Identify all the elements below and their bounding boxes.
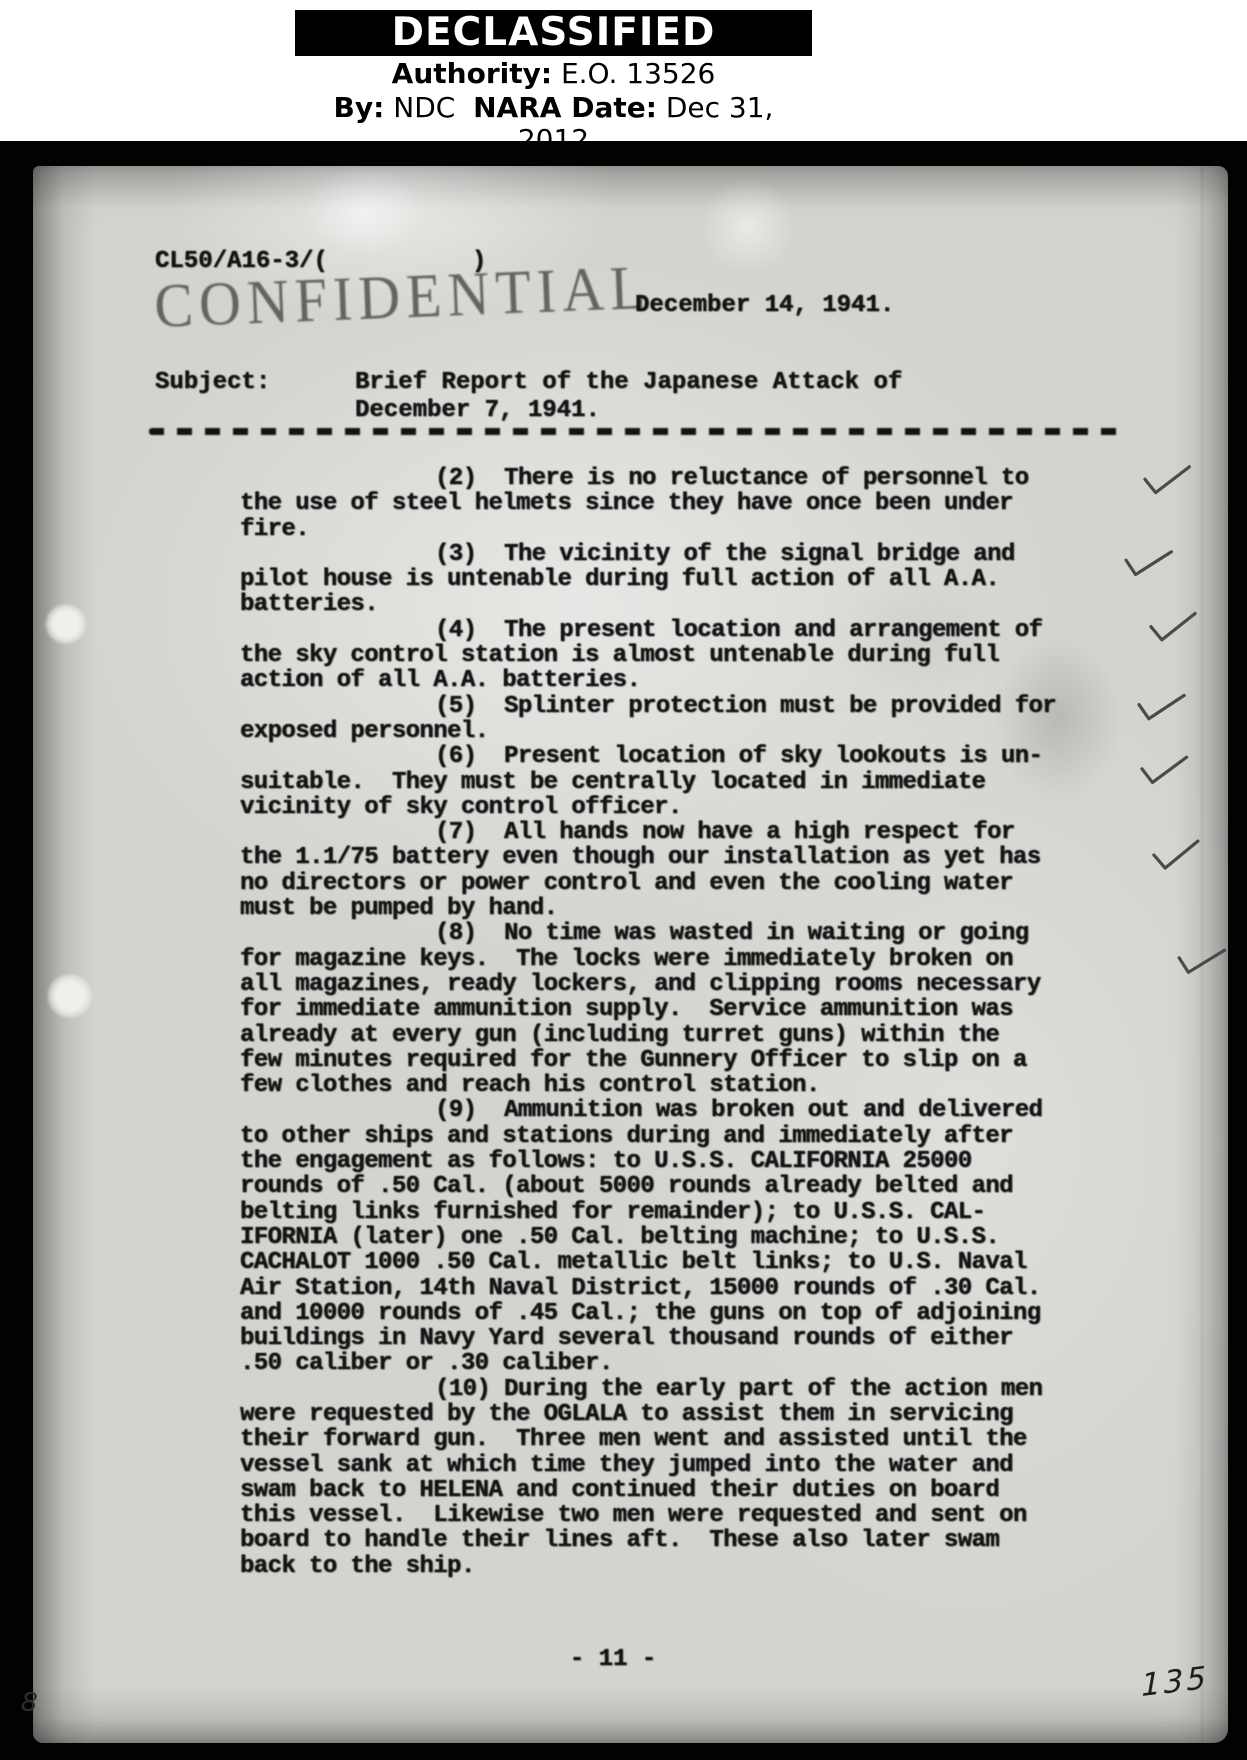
body-line: this vessel. Likewise two men were reque… xyxy=(240,1503,1140,1528)
body-line: fire. xyxy=(240,517,1140,542)
body-line: few clothes and reach his control statio… xyxy=(240,1073,1140,1098)
checkmark-icon xyxy=(1147,608,1201,646)
body-line: (5) Splinter protection must be provided… xyxy=(240,694,1140,719)
body-line: and 10000 rounds of .45 Cal.; the guns o… xyxy=(240,1301,1140,1326)
handwritten-corner-mark: 8 xyxy=(20,1687,39,1718)
separator-dashed-line xyxy=(149,428,1129,435)
body-line: (2) There is no reluctance of personnel … xyxy=(240,466,1140,491)
body-line: were requested by the OGLALA to assist t… xyxy=(240,1402,1140,1427)
checkmark-icon xyxy=(1175,943,1229,980)
body-line: CACHALOT 1000 .50 Cal. metallic belt lin… xyxy=(240,1250,1140,1275)
body-line: Air Station, 14th Naval District, 15000 … xyxy=(240,1276,1140,1301)
body-line: action of all A.A. batteries. xyxy=(240,668,1140,693)
body-line: .50 caliber or .30 caliber. xyxy=(240,1351,1140,1376)
body-line: (6) Present location of sky lookouts is … xyxy=(240,744,1140,769)
subject-line: Brief Report of the Japanese Attack of xyxy=(355,369,902,396)
body-line: (10) During the early part of the action… xyxy=(240,1377,1140,1402)
checkmark-icon xyxy=(1122,545,1175,581)
body-line: few minutes required for the Gunnery Off… xyxy=(240,1048,1140,1073)
body-line: their forward gun. Three men went and as… xyxy=(240,1427,1140,1452)
authority-line: Authority: E.O. 13526 xyxy=(295,58,812,90)
body-line: must be pumped by hand. xyxy=(240,896,1140,921)
page-number: - 11 - xyxy=(33,1646,1193,1673)
body-line: IFORNIA (later) one .50 Cal. belting mac… xyxy=(240,1225,1140,1250)
body-line: all magazines, ready lockers, and clippi… xyxy=(240,972,1140,997)
body-line: for immediate ammunition supply. Service… xyxy=(240,997,1140,1022)
body-line: the use of steel helmets since they have… xyxy=(240,491,1140,516)
checkmark-icon xyxy=(1150,836,1205,874)
authority-value: E.O. 13526 xyxy=(561,57,715,90)
declassified-banner: DECLASSIFIED Authority: E.O. 13526 By: N… xyxy=(295,10,812,156)
body-line: buildings in Navy Yard several thousand … xyxy=(240,1326,1140,1351)
document-body: (2) There is no reluctance of personnel … xyxy=(240,466,1140,1579)
by-value: NDC xyxy=(393,91,455,124)
subject-line: December 7, 1941. xyxy=(355,397,600,424)
body-line: (9) Ammunition was broken out and delive… xyxy=(240,1098,1140,1123)
nara-date-label: NARA Date: xyxy=(473,91,657,124)
subject-label: Subject: xyxy=(155,369,270,396)
checkmark-icon xyxy=(1138,752,1191,788)
body-line: suitable. They must be centrally located… xyxy=(240,770,1140,795)
body-line: rounds of .50 Cal. (about 5000 rounds al… xyxy=(240,1174,1140,1199)
body-line: to other ships and stations during and i… xyxy=(240,1124,1140,1149)
body-line: board to handle their lines aft. These a… xyxy=(240,1528,1140,1553)
checkmark-icon xyxy=(1136,690,1189,725)
body-line: the sky control station is almost untena… xyxy=(240,643,1140,668)
body-line: the 1.1/75 battery even though our insta… xyxy=(240,845,1140,870)
body-line: back to the ship. xyxy=(240,1554,1140,1579)
body-line: vicinity of sky control officer. xyxy=(240,795,1140,820)
body-line: (7) All hands now have a high respect fo… xyxy=(240,820,1140,845)
body-line: pilot house is untenable during full act… xyxy=(240,567,1140,592)
document-date: December 14, 1941. xyxy=(635,292,894,319)
paper-content: CL50/A16-3/( ) CONFIDENTIAL December 14,… xyxy=(33,166,1228,1743)
body-line: batteries. xyxy=(240,592,1140,617)
checkmark-icon xyxy=(1141,462,1195,499)
body-line: (3) The vicinity of the signal bridge an… xyxy=(240,542,1140,567)
body-line: belting links furnished for remainder); … xyxy=(240,1200,1140,1225)
by-label: By: xyxy=(334,91,385,124)
document-page: CL50/A16-3/( ) CONFIDENTIAL December 14,… xyxy=(33,166,1228,1743)
body-line: (4) The present location and arrangement… xyxy=(240,618,1140,643)
body-line: (8) No time was wasted in waiting or goi… xyxy=(240,921,1140,946)
authority-label: Authority: xyxy=(392,57,552,90)
body-line: for magazine keys. The locks were immedi… xyxy=(240,947,1140,972)
body-line: vessel sank at which time they jumped in… xyxy=(240,1453,1140,1478)
body-line: already at every gun (including turret g… xyxy=(240,1023,1140,1048)
body-line: no directors or power control and even t… xyxy=(240,871,1140,896)
body-line: the engagement as follows: to U.S.S. CAL… xyxy=(240,1149,1140,1174)
body-line: exposed personnel. xyxy=(240,719,1140,744)
declassified-title: DECLASSIFIED xyxy=(295,10,812,56)
body-line: swam back to HELENA and continued their … xyxy=(240,1478,1140,1503)
top-band: DECLASSIFIED Authority: E.O. 13526 By: N… xyxy=(0,0,1247,141)
